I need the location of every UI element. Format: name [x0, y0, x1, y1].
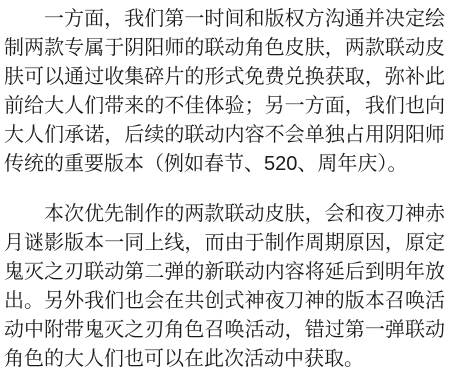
announcement-paragraph-2: 本次优先制作的两款联动皮肤，会和夜刀神赤月谜影版本一同上线，而由于制作周期原因，…	[4, 200, 445, 374]
announcement-page: 一方面，我们第一时间和版权方沟通并决定绘制两款专属于阴阳师的联动角色皮肤，两款联…	[0, 0, 450, 378]
announcement-paragraph-1: 一方面，我们第一时间和版权方沟通并决定绘制两款专属于阴阳师的联动角色皮肤，两款联…	[4, 5, 445, 179]
